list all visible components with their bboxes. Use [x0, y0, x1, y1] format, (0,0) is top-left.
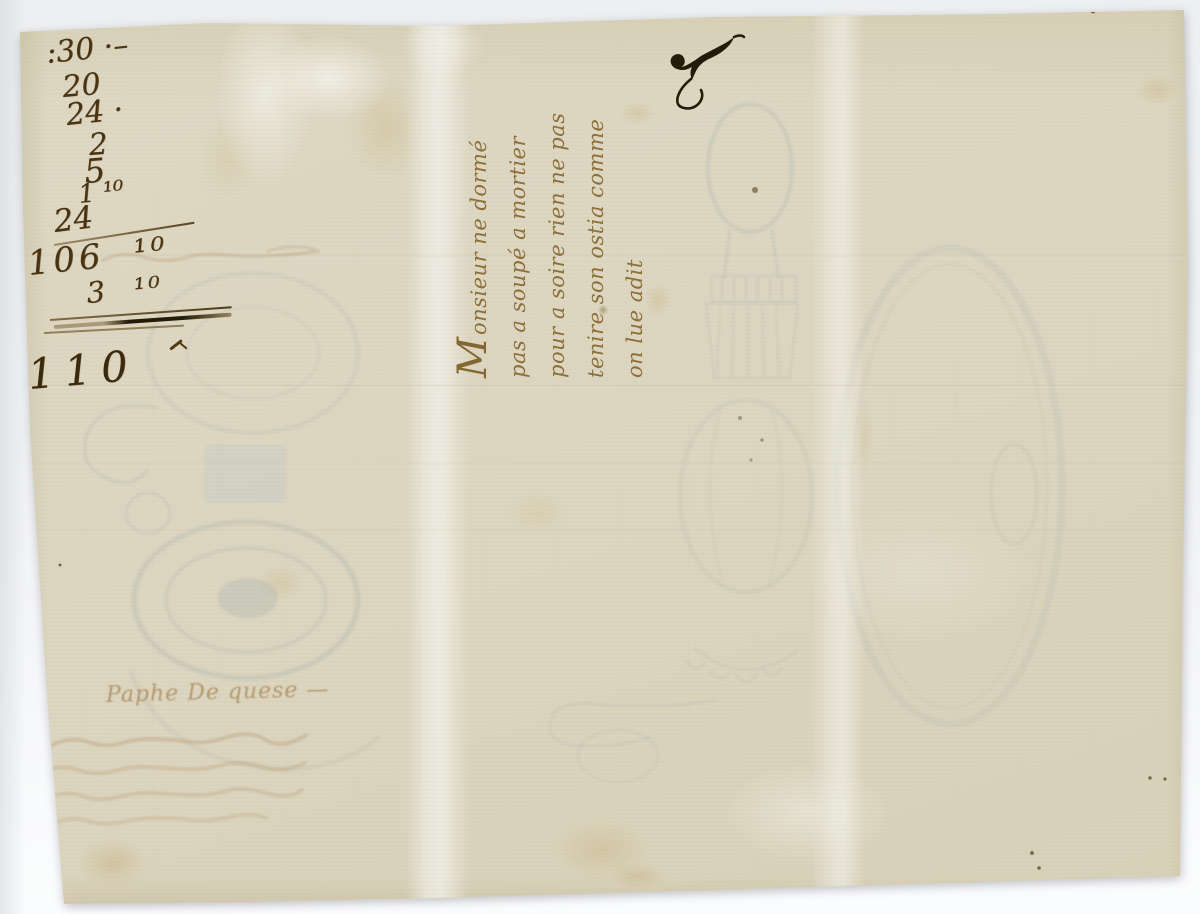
manuscript-sheet: :30 ·– 20 24 · 2 5 1 ¹⁰ 24 106 ¹⁰ 3 ¹⁰ 1… [18, 8, 1192, 906]
speck [59, 564, 62, 567]
paper-surface: :30 ·– 20 24 · 2 5 1 ¹⁰ 24 106 ¹⁰ 3 ¹⁰ 1… [18, 8, 1192, 906]
pinhole [1148, 776, 1151, 779]
pinhole [1163, 777, 1166, 780]
speck [752, 187, 758, 193]
pinhole [1037, 866, 1041, 870]
specks-layer [18, 8, 1192, 906]
speck [749, 458, 752, 461]
speck [760, 438, 764, 442]
speck [1091, 9, 1096, 14]
speck [738, 416, 742, 420]
pinhole [1030, 851, 1034, 855]
